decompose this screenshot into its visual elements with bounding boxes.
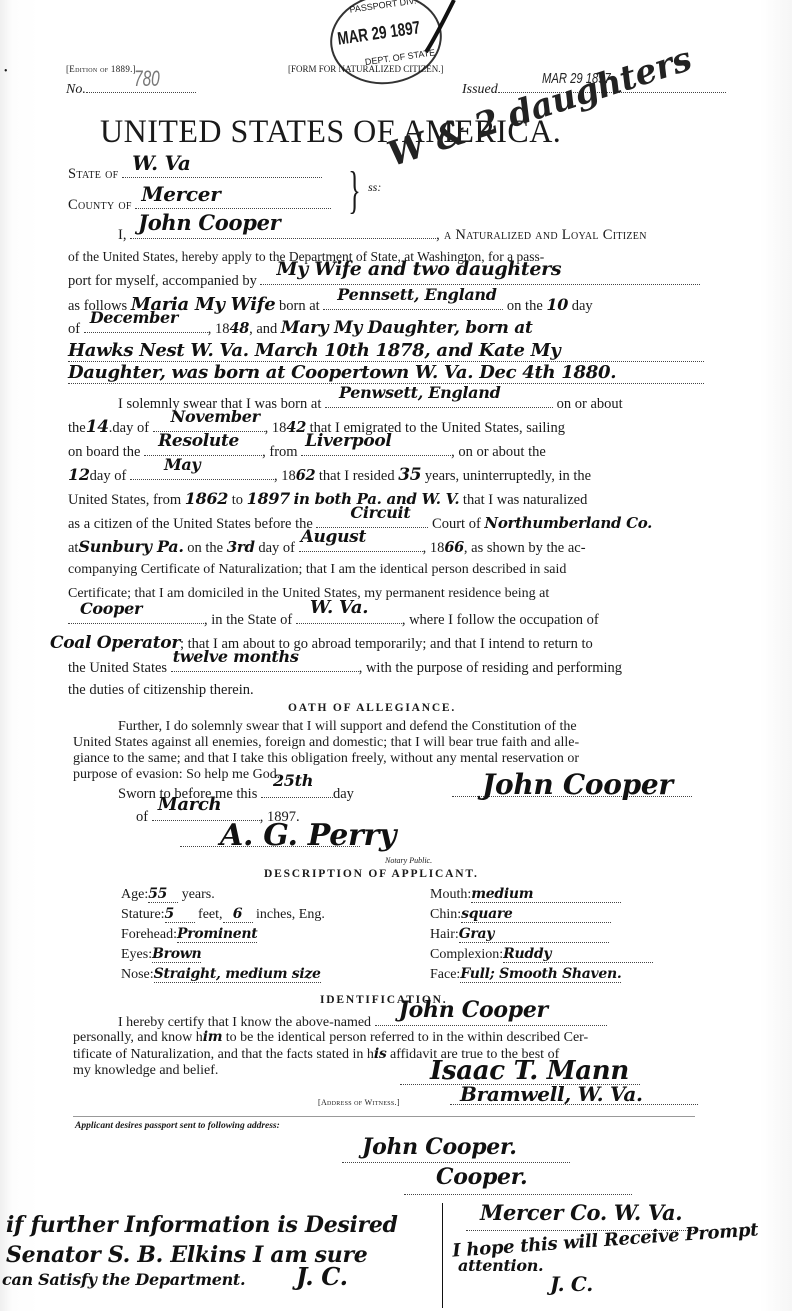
born-at-label: born at [279, 298, 320, 314]
description-value: square [461, 906, 611, 923]
shown-by: , as shown by the ac- [464, 540, 586, 556]
description-label: Face: [430, 967, 460, 982]
notary-signature: A. G. Perry [220, 818, 396, 853]
identified-person: John Cooper [399, 999, 548, 1021]
sworn-day-label: day [333, 786, 354, 802]
description-row: Age:55 years. [121, 886, 351, 906]
accompanied-value: My Wife and two daughters [276, 260, 561, 279]
mailing-line-2: Cooper. [404, 1180, 632, 1200]
years-resided: 35 [398, 465, 421, 485]
identification-line-1: I hereby certify that I know the above-n… [118, 1013, 607, 1030]
description-row: Nose:Straight, medium size [121, 966, 351, 986]
in-state-label: , in the State of [204, 612, 292, 628]
day-of-label: day of [112, 420, 149, 436]
note-left-line-3: can Satisfy the Department. [2, 1270, 245, 1289]
description-value: 55 [148, 886, 178, 903]
day-of-label-3: day of [258, 540, 295, 556]
description-row: Hair:Gray [430, 926, 710, 946]
margin-mark: • [4, 66, 8, 77]
return-suffix: , with the purpose of residing and perfo… [359, 660, 622, 676]
birth-year: 42 [286, 419, 306, 436]
occupation: Coal Operator [50, 633, 180, 653]
issued-label: Issued [462, 82, 498, 97]
identification-line-4: my knowledge and belief. [73, 1064, 218, 1078]
ship-name: Resolute [158, 433, 239, 450]
years-label: years, uninterruptedly, in the [425, 468, 591, 484]
sail-day: 12 [68, 465, 90, 484]
companion-continuation-1: Hawks Nest W. Va. March 10th 1878, and K… [68, 340, 704, 362]
notary-label: Notary Public. [385, 856, 432, 865]
state-label: State of [68, 166, 119, 182]
description-label: Chin: [430, 907, 461, 922]
description-row: Forehead:Prominent [121, 926, 351, 946]
naturalized-text: that I was naturalized [463, 492, 587, 508]
applicant-name: John Cooper [138, 212, 280, 233]
day-label: day [572, 298, 593, 314]
nat-year-prefix: 18 [430, 540, 445, 556]
companion1-birthplace: Pennsett, England [337, 287, 496, 303]
naturalization-date-line: atSunbury Pa. on the 3rd day of August ,… [68, 539, 586, 556]
on-the-label-2: on the [187, 540, 223, 556]
sworn-day: 25th [273, 773, 313, 789]
number-value: 780 [134, 66, 160, 92]
companion1-date-line: of December , 1848, and Mary My Daughter… [68, 320, 533, 337]
oath-line-3: giance to the same; and that I take this… [73, 752, 579, 766]
edition-label: [Edition of 1889.] [66, 64, 136, 74]
description-value: Straight, medium size [154, 966, 321, 983]
notes-divider [442, 1203, 443, 1308]
naturalization-year: 66 [444, 539, 464, 556]
from-year: 1862 [185, 489, 228, 508]
sail-year-prefix: 18 [281, 468, 296, 484]
mailing-town: Cooper. [436, 1164, 527, 1190]
description-value: 5 [165, 906, 195, 923]
return-line: the United States twelve months , with t… [68, 659, 622, 676]
identification-line-2: personally, and know him to be the ident… [73, 1030, 588, 1045]
companion1-month: December [90, 310, 178, 326]
description-suffix: feet, [195, 907, 223, 922]
description-label: Age: [121, 887, 148, 902]
description-left-column: Age:55 years.Stature:5 feet,6 inches, En… [121, 886, 351, 986]
oath-line-1: Further, I do solemnly swear that I will… [118, 720, 577, 734]
description-value: Ruddy [503, 946, 653, 963]
return-prefix: the United States [68, 660, 167, 676]
court-type: Circuit [350, 505, 410, 521]
description-label: Forehead: [121, 927, 177, 942]
pronoun-1: im [203, 1029, 223, 1045]
of-label-2: of [136, 809, 148, 825]
description-label: Stature: [121, 907, 165, 922]
companion1-year: 48 [229, 320, 249, 337]
year-prefix: 18 [215, 321, 230, 337]
description-row: Chin:square [430, 906, 710, 926]
naturalization-day: 3rd [227, 538, 255, 556]
sail-year: 62 [296, 467, 316, 484]
from-label: , from [262, 444, 297, 460]
citizen-phrase: , a Naturalized and Loyal Citizen [436, 227, 647, 243]
on-board-label: on board the [68, 444, 140, 460]
companion-continuation-2: Daughter, was born at Coopertown W. Va. … [68, 362, 704, 384]
note-left-initials: J. C. [296, 1262, 348, 1291]
description-value: Gray [459, 926, 609, 943]
on-or-about: on or about [557, 396, 623, 412]
description-label: Complexion: [430, 947, 503, 962]
occupation-label: , where I follow the occupation of [402, 612, 599, 628]
birth-month: November [171, 409, 260, 425]
stamp-date: MAR 29 1897 [336, 17, 421, 49]
companion1-day: 10 [546, 295, 568, 314]
sworn-line: Sworn to before me this 25th day [118, 785, 354, 802]
applicant-line: I, John Cooper , a Naturalized and Loyal… [118, 226, 647, 243]
ship-line: on board the Resolute , from Liverpool ,… [68, 443, 546, 460]
and-label: and [256, 321, 277, 337]
accompanied-label: port for myself, accompanied by [68, 273, 257, 289]
description-heading: DESCRIPTION OF APPLICANT. [264, 868, 479, 880]
stamp-top-text: PASSPORT DIV. [349, 0, 417, 15]
duties-line: the duties of citizenship therein. [68, 683, 254, 698]
description-label: Nose: [121, 967, 154, 982]
description-row: Mouth:medium [430, 886, 710, 906]
of-label: of [68, 321, 80, 337]
number-field: No. 780 [66, 80, 196, 98]
sail-month: May [164, 457, 200, 473]
state-value: W. Va [132, 153, 190, 173]
i-label: I, [118, 227, 126, 243]
description-suffix: years. [178, 887, 215, 902]
id-line3a: tificate of Naturalization, and that the… [73, 1047, 374, 1062]
mailing-name: John Cooper. [362, 1134, 517, 1160]
note-left-line-1: if further Information is Desired [6, 1212, 398, 1238]
brace: } [348, 165, 360, 217]
residence-state: W. Va. [310, 599, 368, 617]
note-right-line-2: attention. [458, 1256, 543, 1275]
court-of-label: Court of [432, 516, 481, 532]
state-field: State of W. Va [68, 165, 322, 182]
check-mark-icon [420, 0, 460, 60]
oath-line-4: purpose of evasion: So help me God. [73, 768, 280, 782]
to-year: 1897 [247, 489, 290, 508]
naturalization-month: August [301, 529, 366, 546]
applicant-signature-line: John Cooper [452, 774, 692, 802]
mailing-county-state: Mercer Co. W. Va. [480, 1200, 682, 1225]
description-label: Eyes: [121, 947, 152, 962]
residence-town: Cooper [80, 601, 142, 617]
birth-year-prefix: 18 [272, 420, 287, 436]
departure-port: Liverpool [305, 433, 391, 450]
companion2-text: Mary My Daughter, born at [281, 318, 533, 338]
applicant-signature: John Cooper [482, 768, 673, 801]
description-value: medium [471, 886, 621, 903]
residence-line: Cooper , in the State of W. Va. , where … [68, 611, 599, 628]
day-of-label-2: day of [90, 468, 127, 484]
court-town: Sunbury Pa. [78, 537, 183, 556]
oath-line-2: United States against all enemies, forei… [73, 736, 579, 750]
birthplace: Penwsett, England [339, 385, 500, 401]
description-row: Eyes:Brown [121, 946, 351, 966]
witness-address-line: Bramwell, W. Va. [450, 1090, 698, 1110]
description-row: Complexion:Ruddy [430, 946, 710, 966]
county-label: County of [68, 197, 132, 213]
witness-address: Bramwell, W. Va. [460, 1082, 643, 1106]
court-location: Northumberland Co. [484, 514, 652, 532]
id-line2b: to be the identical person referred to i… [226, 1030, 588, 1045]
residence-span-line: United States, from 1862 to 1897 in both… [68, 491, 587, 508]
mailing-address-label: Applicant desires passport sent to follo… [75, 1121, 280, 1131]
sworn-month: March [158, 796, 222, 814]
return-period: twelve months [173, 649, 299, 665]
sail-date-line: 12day of May , 1862 that I resided 35 ye… [68, 467, 591, 484]
id-line1-prefix: I hereby certify that I know the above-n… [118, 1015, 371, 1030]
description-right-column: Mouth:mediumChin:squareHair:GrayComplexi… [430, 886, 710, 986]
on-or-about-the: , on or about the [451, 444, 546, 460]
pronoun-2: is [374, 1046, 387, 1062]
us-from-label: United States, from [68, 492, 181, 508]
description-value: Full; Smooth Shaven. [460, 966, 621, 983]
notary-signature-line: A. G. Perry [180, 828, 360, 852]
description-value: Prominent [177, 926, 257, 943]
id-line2a: personally, and know h [73, 1030, 203, 1045]
certificate-line: companying Certificate of Naturalization… [68, 563, 566, 577]
note-right-initials: J. C. [550, 1272, 593, 1296]
description-value: Brown [152, 946, 201, 963]
description-row: Stature:5 feet,6 inches, Eng. [121, 906, 351, 926]
resided-label: that I resided [319, 468, 395, 484]
passport-application-page: PASSPORT DIV. MAR 29 1897 DEPT. OF STATE… [0, 0, 792, 1311]
description-suffix-2: inches, Eng. [253, 907, 325, 922]
witness-address-label: [Address of Witness.] [318, 1098, 400, 1107]
divider-rule [73, 1116, 695, 1117]
description-label: Hair: [430, 927, 459, 942]
oath-heading: OATH OF ALLEGIANCE. [288, 702, 456, 714]
at-label: at [68, 540, 78, 556]
description-row: Face:Full; Smooth Shaven. [430, 966, 710, 986]
the-label: the [68, 420, 86, 436]
citizen-before: as a citizen of the United States before… [68, 516, 313, 532]
ss-label: ss: [368, 180, 381, 195]
county-value: Mercer [141, 184, 220, 204]
to-label: to [232, 492, 243, 508]
form-type-label: [FORM FOR NATURALIZED CITIZEN.] [288, 64, 444, 74]
occupation-line: Coal Operator; that I am about to go abr… [50, 635, 593, 652]
number-label: No. [66, 82, 86, 97]
on-the-label: on the [507, 298, 543, 314]
description-value-2: 6 [223, 906, 253, 923]
birth-day: 14 [86, 417, 109, 437]
description-label: Mouth: [430, 887, 471, 902]
